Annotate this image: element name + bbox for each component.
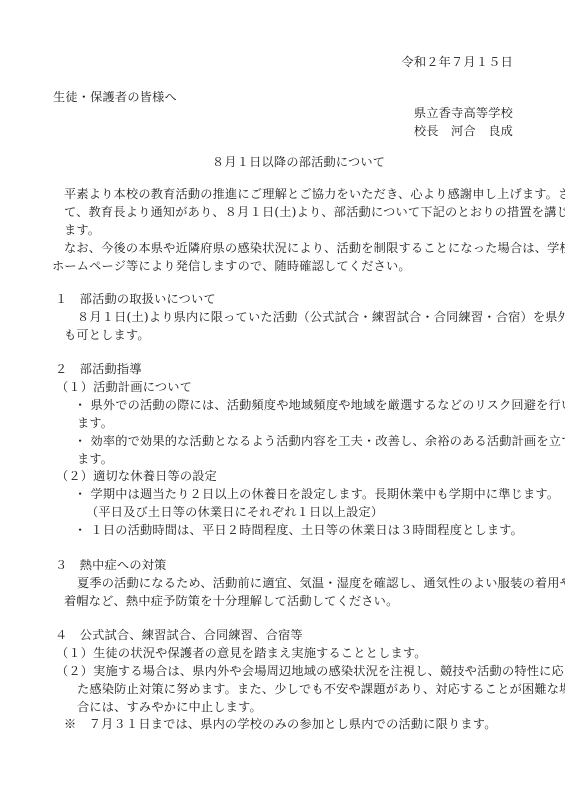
bullet-line: ます。 xyxy=(77,415,113,431)
section-1-line: ８月１日(土)より県内に限っていた活動（公式試合・練習試合・合同練習・合宿）を県… xyxy=(77,309,565,325)
section-3-heading: ３ 熱中症への対策 xyxy=(55,557,167,573)
subsection-2-1-heading: （１）活動計画について xyxy=(56,379,192,395)
bullet-note: （平日及び土日等の休業日にそれぞれ１日以上設定） xyxy=(86,504,383,520)
document-page: 令和２年７月１５日 生徒・保護者の皆様へ 県立香寺高等学校 校長 河合 良成 ８… xyxy=(0,0,565,800)
intro-line: 平素より本校の教育活動の推進にご理解とご協力をいただき、心より感謝申し上げます。… xyxy=(64,186,565,202)
section-4-line: （１）生徒の状況や保護者の意見を踏まえ実施することとします。 xyxy=(56,645,427,661)
section-4-note: ※ ７月３１日までは、県内の学校のみの参加とし県内での活動に限ります。 xyxy=(64,716,497,732)
document-title: ８月１日以降の部活動について xyxy=(212,154,385,170)
school-name: 県立香寺高等学校 xyxy=(414,105,513,121)
bullet-line: ・ 効率的で効果的な活動となるよう活動内容を工夫・改善し、余裕のある活動計画を立… xyxy=(74,433,565,449)
section-4-line: た感染防止対策に努めます。また、少しでも不安や課題があり、対応することが困難な場 xyxy=(77,681,565,697)
recipient: 生徒・保護者の皆様へ xyxy=(53,89,177,105)
section-3-line: 夏季の活動になるため、活動前に適宜、気温・湿度を確認し、通気性のよい服装の着用や xyxy=(77,575,565,591)
section-4-line: 合には、すみやかに中止します。 xyxy=(77,699,262,715)
subsection-2-2-heading: （２）適切な休養日等の設定 xyxy=(56,468,217,484)
section-2-heading: ２ 部活動指導 xyxy=(55,361,142,377)
intro-line: ます。 xyxy=(64,222,100,238)
bullet-line: ・ 学期中は週当たり２日以上の休養日を設定します。長期休業中も学期中に準じます。 xyxy=(74,486,559,502)
intro-line: て、教育長より通知があり、８月１日(土)より、部活動について下記のとおりの措置を… xyxy=(64,204,565,220)
bullet-line: ・ 県外での活動の際には、活動頻度や地域頻度や地域を厳選するなどのリスク回避を行… xyxy=(74,397,565,413)
section-3-line: 着帽など、熱中症予防策を十分理解して活動してください。 xyxy=(64,593,398,609)
section-1-heading: １ 部活動の取扱いについて xyxy=(55,291,216,307)
principal-name: 校長 河合 良成 xyxy=(414,123,513,139)
section-1-line: も可とします。 xyxy=(64,327,150,343)
bullet-line: ます。 xyxy=(77,451,113,467)
intro-line: なお、今後の本県や近隣府県の感染状況により、活動を制限することになった場合は、学… xyxy=(64,240,565,256)
bullet-line: ・ １日の活動時間は、平日２時間程度、土日等の休業日は３時間程度とします。 xyxy=(74,522,523,538)
section-4-line: （２）実施する場合は、県内外や会場周辺地域の感染状況を注視し、競技や活動の特性に… xyxy=(56,663,565,679)
intro-line: ホームページ等により発信しますので、随時確認してください。 xyxy=(52,258,411,274)
date: 令和２年７月１５日 xyxy=(402,54,514,70)
section-4-heading: ４ 公式試合、練習試合、合同練習、合宿等 xyxy=(55,627,303,643)
